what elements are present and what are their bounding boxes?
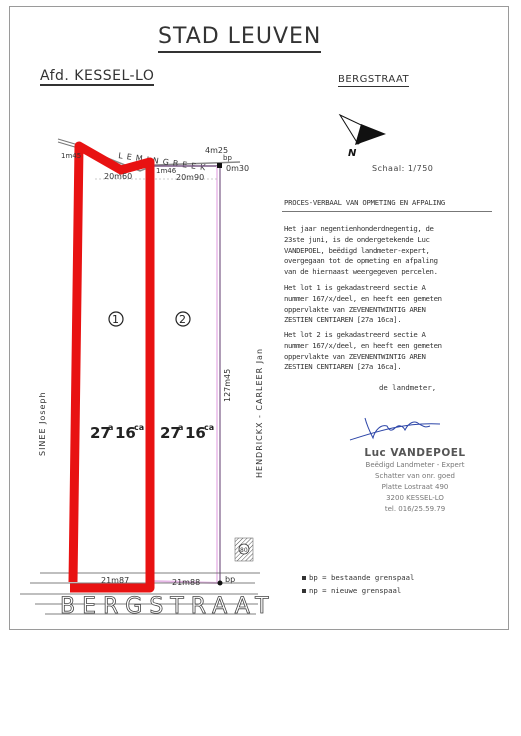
dim-top-lot1: 20m60 <box>104 172 132 181</box>
legend-item-np: np = nieuwe grenspaal <box>302 584 414 597</box>
stamp-line: Platte Lostraat 490 <box>330 482 500 493</box>
signature <box>345 410 455 444</box>
svg-text:16: 16 <box>115 424 136 442</box>
svg-text:1: 1 <box>112 313 119 326</box>
svg-text:2: 2 <box>179 313 186 326</box>
report-lot-2: Het lot 2 is gekadastreerd sectie A numm… <box>284 330 504 373</box>
report-intro: Het jaar negentienhonderdnegentig, de 23… <box>284 224 504 278</box>
stamp-line: 3200 KESSEL-LO <box>330 493 500 504</box>
square-bullet-icon <box>302 576 306 580</box>
signature-label: de landmeter, <box>379 383 436 392</box>
dim-right-depth: 127m45 <box>223 369 232 402</box>
surveyor-name: Luc VANDEPOEL <box>330 447 500 460</box>
svg-text:a: a <box>108 423 113 432</box>
marker-bp-top: bp <box>223 154 232 162</box>
svg-text:16: 16 <box>185 424 206 442</box>
svg-text:ca: ca <box>204 423 214 432</box>
legend-item-bp: bp = bestaande grenspaal <box>302 571 414 584</box>
dim-right-small: 0m30 <box>226 164 249 173</box>
dim-top-lot2: 20m90 <box>176 173 204 182</box>
report-title: PROCES-VERBAAL VAN OPMETING EN AFPALING <box>284 198 445 207</box>
street-label: BERGSTRAAT <box>60 594 276 619</box>
stamp-line: Schatter van onr. goed <box>330 471 500 482</box>
house-number: 80 <box>240 547 248 554</box>
lot-2-number: 2 <box>176 312 190 326</box>
dim-bottom-lot1: 21m87 <box>101 576 129 585</box>
lot-2-boundary <box>95 163 222 583</box>
dim-bottom-lot2: 21m88 <box>172 578 200 587</box>
lot-1-area: 27 a 16 ca <box>90 423 144 442</box>
square-bullet-icon <box>302 589 306 593</box>
lot-1-number: 1 <box>109 312 123 326</box>
lot-1-highlight <box>70 146 150 588</box>
surveyor-stamp: Luc VANDEPOEL Beëdigd Landmeter - Expert… <box>330 447 500 515</box>
svg-text:ca: ca <box>134 423 144 432</box>
east-neighbor-label: HENDRICKX - CARLEER Jan <box>255 348 264 478</box>
marker-bp-bottom: bp <box>225 575 235 584</box>
dim-top-mid-offset: 1m46 <box>156 167 177 175</box>
lot-2-area: 27 a 16 ca <box>160 423 214 442</box>
legend: bp = bestaande grenspaal np = nieuwe gre… <box>302 571 414 597</box>
report-lot-1: Het lot 1 is gekadastreerd sectie A numm… <box>284 283 504 326</box>
stamp-line: tel. 016/25.59.79 <box>330 504 500 515</box>
building-80: 80 <box>235 538 253 561</box>
west-neighbor-label: SINEE Joseph <box>38 391 47 456</box>
report-divider <box>282 211 492 212</box>
svg-text:a: a <box>178 423 183 432</box>
dim-top-left-offset: 1m45 <box>61 152 81 160</box>
stamp-line: Beëdigd Landmeter - Expert <box>330 460 500 471</box>
dimensions: 1m45 20m60 1m46 20m90 4m25 bp 0m30 127m4… <box>61 146 249 587</box>
